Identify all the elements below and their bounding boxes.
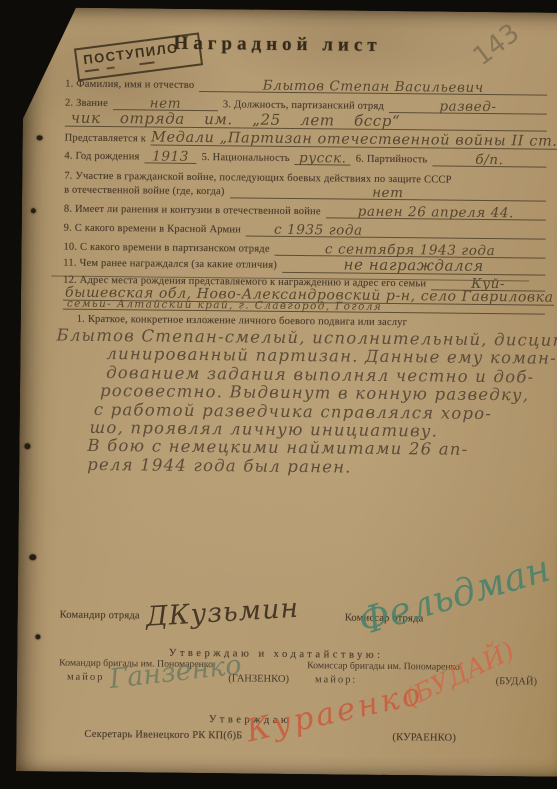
paper-hole (35, 634, 40, 639)
scanned-award-document: ПОСТУПИЛО Наградной лист 143 1. Фамилия,… (0, 0, 557, 789)
field-nationality-value: русск. (295, 152, 351, 166)
detachment-commander-label: Командир отряда (60, 609, 140, 623)
commander-signature: ДКузьмин (145, 593, 300, 633)
commissar-signature-green: Фельдман (354, 547, 555, 644)
field-birth-nationality-party: 4. Год рождения 1913 5. Национальность р… (64, 150, 546, 168)
field-award: Представляется к Медали „Партизан отечес… (65, 131, 547, 150)
field-partisan-since-label: 10. С какого времени в партизанском отря… (63, 241, 269, 256)
narrative-line: реля 1944 года был ранен. (55, 455, 553, 479)
field-award-label: Представляется к (65, 132, 147, 146)
field-nationality-label: 5. Национальность (202, 151, 290, 165)
field-prior-awards-value: не награждался (282, 258, 545, 275)
field-birthyear-label: 4. Год рождения (64, 150, 139, 164)
page-number: 143 (468, 18, 526, 72)
secretary-label: Секретарь Ивенецкого РК КП(б)Б (84, 728, 242, 743)
field-award-value: Медали „Партизан отечественной войны II … (151, 131, 557, 149)
field-party-value: б/п. (432, 153, 546, 167)
field-birthyear-value: 1913 (145, 150, 197, 164)
feat-narrative: Блытов Степан-смелый, исполнительный, ди… (55, 327, 555, 479)
brigade-commissar-rank: майор: (307, 672, 357, 689)
field-name-value: Блытов Степан Васильевич (199, 79, 547, 96)
field-redarmy: 9. С какого времени в Красной Армии с 19… (64, 222, 546, 240)
field-prior-awards: 11. Чем ранее награждался (за какие отли… (63, 256, 545, 276)
brigade-commander-rank: майор (59, 669, 105, 686)
field-name-label: 1. Фамилия, имя и отчество (65, 78, 194, 92)
paper-hole (37, 135, 43, 140)
paper-hole (24, 443, 30, 449)
field-party-label: 6. Партийность (356, 153, 428, 167)
field-prior-awards-label: 11. Чем ранее награждался (за какие отли… (63, 257, 277, 272)
field-name: 1. Фамилия, имя и отчество Блытов Степан… (65, 78, 547, 96)
field-civilwar-value: нет (230, 185, 547, 201)
paper-hole (29, 554, 36, 560)
secretary-name: (КУРАЕНКО) (392, 731, 456, 745)
paper-sheet: ПОСТУПИЛО Наградной лист 143 1. Фамилия,… (16, 7, 557, 777)
field-redarmy-label: 9. С какого времени в Красной Армии (64, 222, 241, 237)
field-civilwar-label2: в отечественной войне (где, когда) (64, 184, 225, 199)
field-wounds-value: ранен 26 апреля 44. (326, 205, 546, 220)
field-wounds: 8. Имеет ли ранения и контузии в отечест… (64, 203, 546, 221)
brigade-commissar-name: (БУДАЙ) (496, 674, 538, 691)
field-position-value: развед- (389, 100, 547, 115)
field-redarmy-value: с 1935 года (246, 223, 546, 239)
field-wounds-label: 8. Имеет ли ранения и контузии в отечест… (64, 203, 321, 219)
paper-hole (31, 208, 36, 213)
